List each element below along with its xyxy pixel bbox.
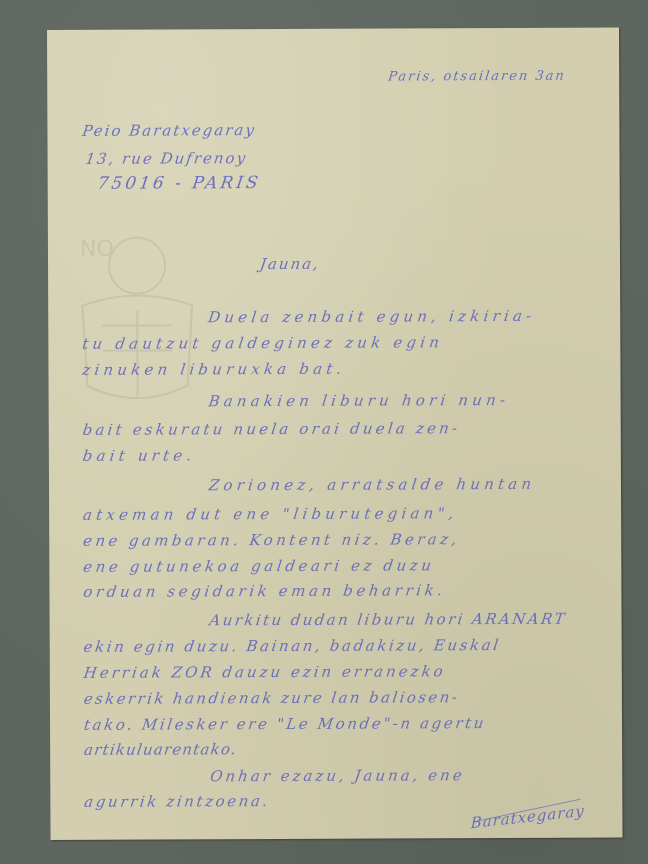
- body-line: Banakien liburu hori nun-: [207, 391, 510, 410]
- recipient-city: 75016 - PARIS: [96, 173, 262, 194]
- signature: Baratxegaray: [471, 802, 585, 833]
- place-date: Paris, otsailaren 3an: [387, 69, 567, 85]
- body-line: Aurkitu dudan liburu hori ARANART: [208, 610, 568, 630]
- closing-line: Onhar ezazu, Jauna, ene: [209, 766, 466, 785]
- closing-line: agurrik zintzoena.: [83, 792, 271, 811]
- body-line: ekin egin duzu. Bainan, badakizu, Euskal: [82, 636, 501, 656]
- recipient-name: Peio Baratxegaray: [81, 121, 257, 140]
- body-line: Zorionez, arratsalde huntan: [208, 475, 537, 494]
- watermark-emblem-icon: NO: [62, 225, 213, 416]
- body-line: atxeman dut ene "liburutegian",: [82, 504, 459, 524]
- svg-text:NO: NO: [80, 237, 114, 262]
- recipient-street: 13, rue Dufrenoy: [84, 149, 248, 168]
- body-line: tu dautzut galdeginez zuk egin: [81, 333, 444, 353]
- body-line: zinuken liburuxka bat.: [81, 360, 347, 379]
- body-line: artikuluarentako.: [83, 740, 238, 759]
- body-line: tako. Milesker ere "Le Monde"-n agertu: [83, 714, 487, 734]
- body-line: eskerrik handienak zure lan baliosen-: [83, 688, 461, 708]
- body-line: ene gambaran. Kontent niz. Beraz,: [82, 530, 461, 550]
- body-line: orduan segidarik eman beharrik.: [82, 581, 447, 601]
- body-line: ene gutunekoa galdeari ez duzu: [82, 556, 436, 576]
- salutation: Jauna,: [259, 255, 321, 273]
- body-line: Herriak ZOR dauzu ezin erranezko: [83, 662, 447, 682]
- body-line: bait eskuratu nuela orai duela zen-: [82, 419, 462, 439]
- body-line: bait urte.: [82, 446, 197, 465]
- body-line: Duela zenbait egun, izkiria-: [207, 307, 537, 326]
- letter-page: NO Paris, otsailaren 3an Peio Baratxegar…: [47, 28, 623, 840]
